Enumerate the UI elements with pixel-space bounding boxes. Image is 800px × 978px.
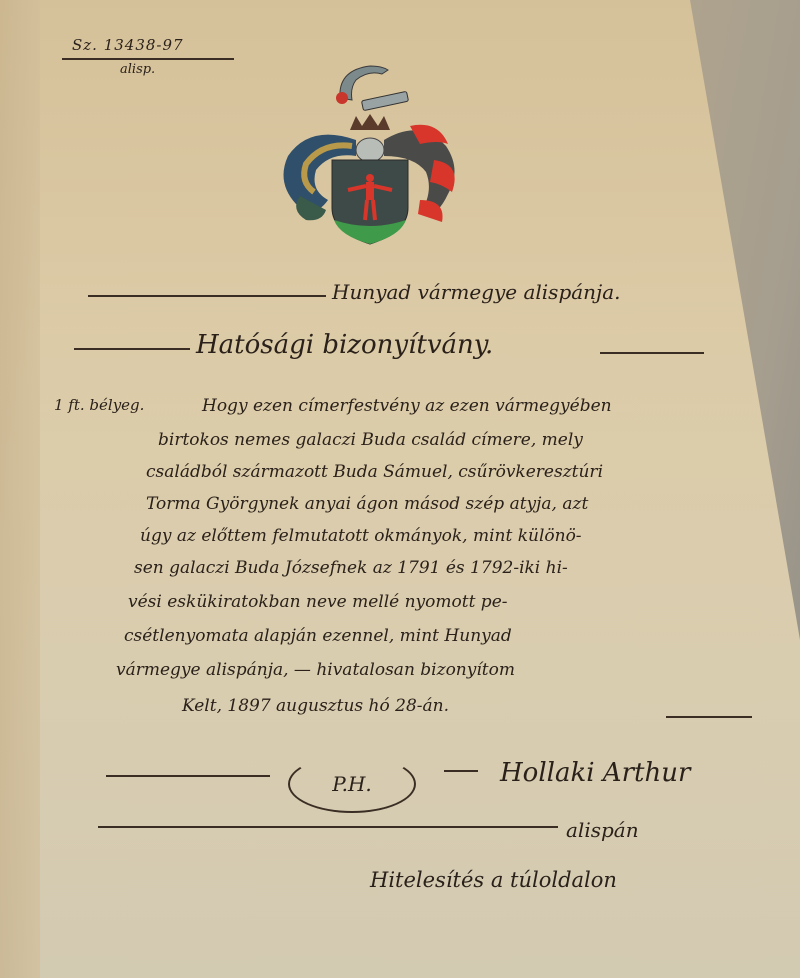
document-title: Hatósági bizonyítvány. bbox=[196, 330, 493, 360]
date-line: Kelt, 1897 augusztus hó 28-án. bbox=[182, 696, 449, 716]
authentication-note: Hitelesítés a túloldalon bbox=[370, 868, 617, 892]
body-line: úgy az előttem felmutatott okmányok, min… bbox=[140, 526, 582, 546]
issuer-heading: Hunyad vármegye alispánja. bbox=[332, 280, 621, 304]
reference-underline bbox=[62, 58, 234, 60]
date-rule bbox=[666, 716, 752, 718]
reference-office: alisp. bbox=[120, 62, 155, 77]
page-fold-shadow bbox=[0, 0, 40, 978]
body-line: Torma Györgynek anyai ágon másod szép at… bbox=[146, 494, 588, 514]
signature: Hollaki Arthur bbox=[500, 758, 690, 788]
body-line: csétlenyomata alapján ezennel, mint Huny… bbox=[124, 626, 512, 646]
stamp-note: 1 ft. bélyeg. bbox=[54, 396, 144, 414]
title-rule-right bbox=[600, 352, 704, 354]
signature-rule-bottom bbox=[98, 826, 558, 828]
body-line: birtokos nemes galaczi Buda család címer… bbox=[158, 430, 583, 450]
signature-title: alispán bbox=[566, 818, 639, 842]
body-line: családból származott Buda Sámuel, csűröv… bbox=[146, 462, 603, 482]
reference-number: Sz. 13438-97 bbox=[72, 36, 184, 54]
document-page: Sz. 13438-97 alisp. Hunyad vármegye alis… bbox=[0, 0, 800, 978]
title-rule-left bbox=[74, 348, 190, 350]
seal-placeholder: P.H. bbox=[288, 755, 416, 813]
body-line: vármegye alispánja, — hivatalosan bizony… bbox=[116, 660, 515, 680]
seal-label: P.H. bbox=[332, 772, 372, 796]
coat-of-arms-icon bbox=[270, 60, 470, 250]
signature-dash bbox=[444, 770, 478, 772]
signature-rule-left bbox=[106, 775, 270, 777]
body-line: vési eskükiratokban neve mellé nyomott p… bbox=[128, 592, 508, 612]
heading-rule-left bbox=[88, 295, 326, 297]
body-line: Hogy ezen címerfestvény az ezen vármegyé… bbox=[202, 396, 612, 416]
body-line: sen galaczi Buda Józsefnek az 1791 és 17… bbox=[134, 558, 568, 578]
